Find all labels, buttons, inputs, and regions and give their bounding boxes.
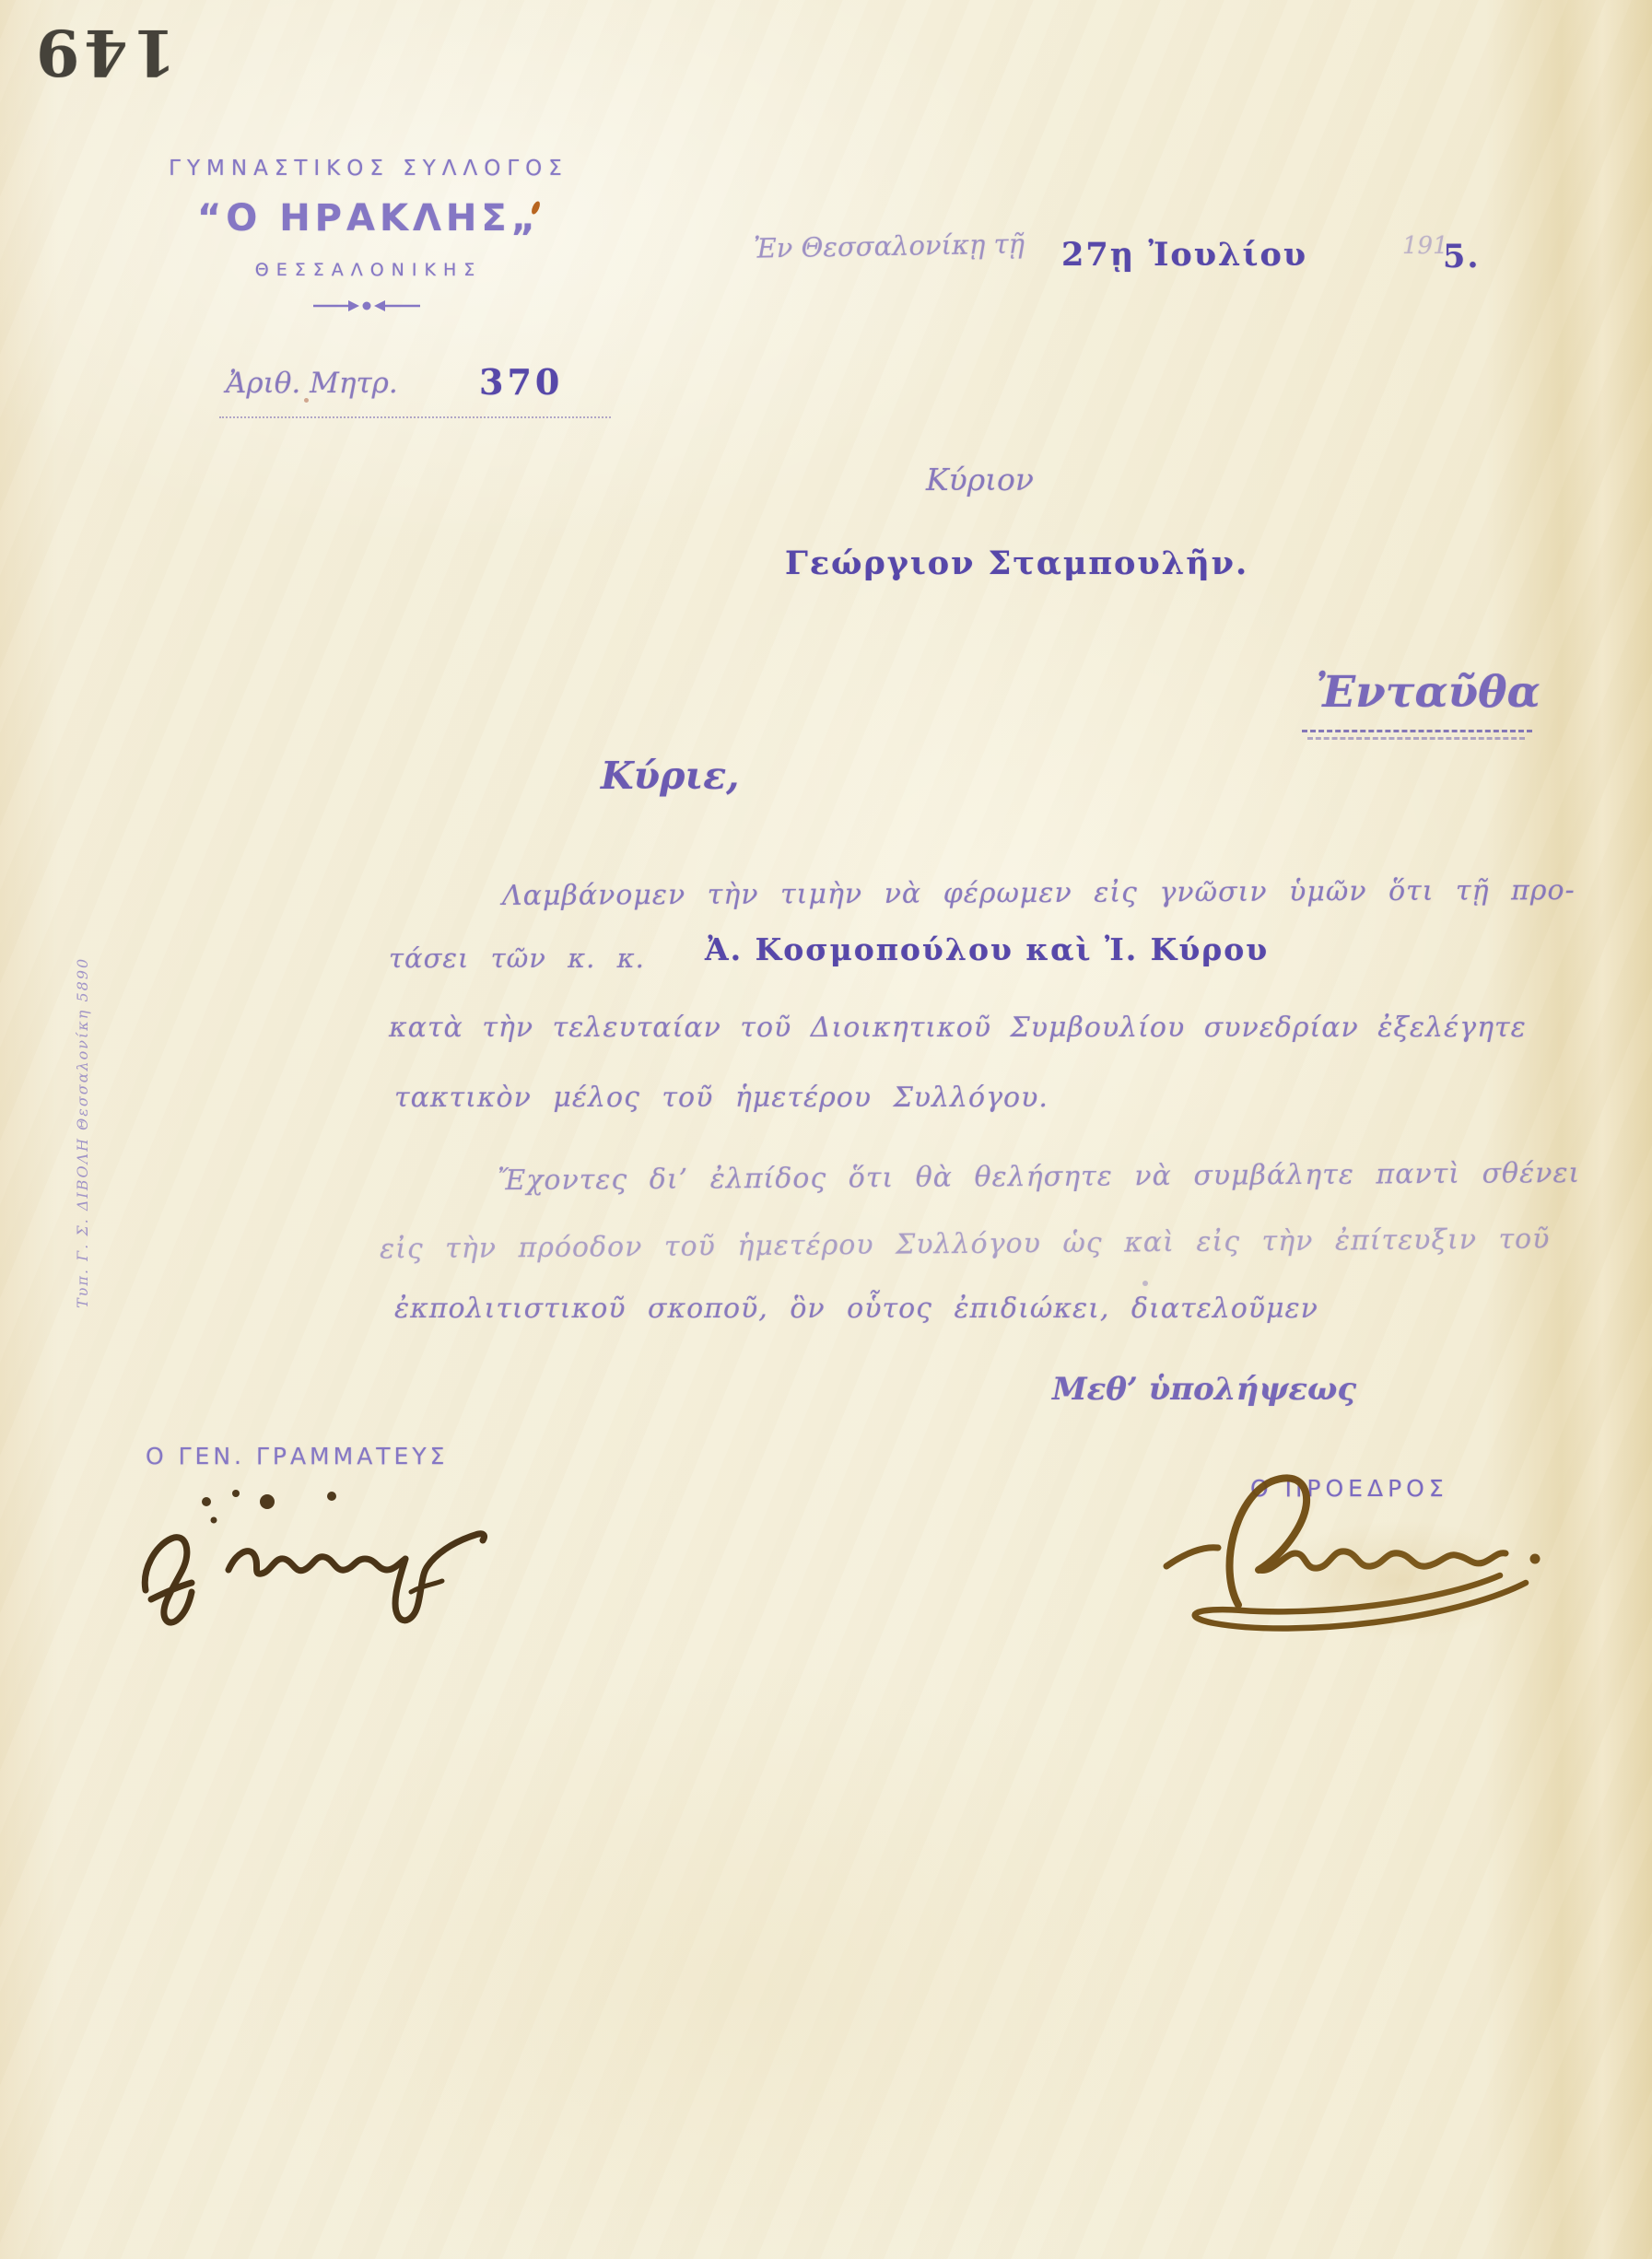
body-greeting: Κύριε, <box>601 754 739 798</box>
body-line-p1-l2-typed: Ἀ. Κοσμοπούλου καὶ Ἰ. Κύρου <box>705 931 1269 967</box>
body-line-p1-l4: τακτικὸν μέλος τοῦ ἡμετέρου Συλλόγου. <box>394 1082 1049 1114</box>
body-line-p2-l3: ἐκπολιτιστικοῦ σκοποῦ, ὃν οὗτος ἐπιδιώκε… <box>394 1293 1318 1325</box>
page-number: 149 <box>31 15 176 88</box>
registry-label: Ἀριθ. Μητρ. <box>226 367 398 400</box>
recipient-name: Γεώργιον Σταμπουλῆν. <box>785 544 1248 582</box>
body-closing: Μεθ’ ὑπολήψεως <box>1052 1371 1356 1408</box>
location-underline <box>1302 730 1532 732</box>
location-underline-2 <box>1307 737 1525 740</box>
letterhead-city: ΘΕΣΣΑΛΟΝΙΚΗΣ <box>152 260 585 280</box>
body-line-p1-l3: κατὰ τὴν τελευταίαν τοῦ Διοικητικοῦ Συμβ… <box>389 1012 1527 1044</box>
registry-dotted-rule <box>219 416 611 418</box>
body-line-p1-l1: Λαμβάνομεν τὴν τιμὴν νὰ φέρωμεν εἰς γνῶσ… <box>502 874 1576 912</box>
dateline-printed-prefix: Ἐν Θεσσαλονίκῃ τῇ <box>754 228 1025 263</box>
dateline-typed-day-month: 27ῃ Ἰουλίου <box>1061 236 1307 274</box>
recipient-location: Ἐνταῦθα <box>1316 667 1541 718</box>
recipient-salutation: Κύριον <box>926 462 1034 497</box>
ink-speck <box>1142 1281 1148 1286</box>
secretary-signature-ink <box>118 1481 523 1656</box>
stain <box>1271 1520 1529 1640</box>
paper-sheet: 149 ΓΥΜΝΑΣΤΙΚΟΣ ΣΥΛΛΟΓΟΣ “Ο ΗΡΑΚΛΗΣ„ ΘΕΣ… <box>0 0 1652 2259</box>
letterhead-club-name: “Ο ΗΡΑΚΛΗΣ„ <box>152 197 585 240</box>
registry-number: 370 <box>479 361 563 403</box>
printer-imprint: Τυπ. Γ. Σ. ΔΙΒΟΛΗ Θεσσαλονίκη 5890 <box>74 957 91 1308</box>
body-line-p1-l2-printed: τάσει τῶν κ. κ. <box>389 942 645 974</box>
letterhead-divider-ornament-icon <box>311 297 422 315</box>
dateline-typed-year-suffix: 5. <box>1443 238 1481 275</box>
secretary-title: Ο ΓΕΝ. ΓΡΑΜΜΑΤΕΥΣ <box>146 1443 448 1469</box>
letterhead-organization: ΓΥΜΝΑΣΤΙΚΟΣ ΣΥΛΛΟΓΟΣ <box>152 157 585 181</box>
body-line-p2-l2: εἰς τὴν πρόοδον τοῦ ἡμετέρου Συλλόγου ὡς… <box>380 1223 1551 1265</box>
ink-speck <box>304 398 309 403</box>
body-line-p2-l1: Ἔχοντες δι’ ἐλπίδος ὅτι θὰ θελήσητε νὰ σ… <box>498 1157 1580 1197</box>
dateline-printed-year: 191 <box>1402 232 1448 260</box>
